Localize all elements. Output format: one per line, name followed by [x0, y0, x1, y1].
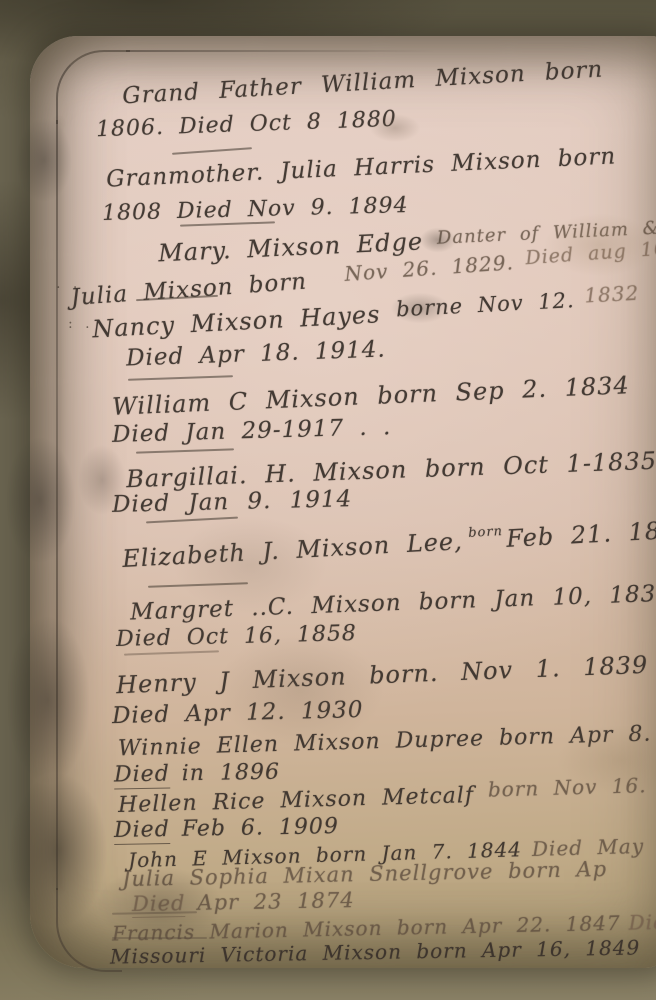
entry-text-faint: 1832: [584, 281, 640, 308]
register-entry-11-line-2: DiedFeb 6. 1909: [114, 814, 339, 843]
photograph-of-handwritten-register: Grand Father William Mixson born 1806. D…: [0, 0, 656, 1000]
entry-text: Feb 6. 1909: [182, 814, 340, 842]
entry-text-underlined: Died: [114, 817, 170, 845]
page-border-top-line: [126, 50, 436, 52]
ink-stroke: [112, 937, 207, 939]
entry-text-underlined: Died: [114, 761, 170, 789]
entry-text-faded: born Nov 16. 18: [488, 772, 656, 802]
register-entry-10-line-2: Diedin 1896: [114, 760, 280, 788]
entry-superscript: born: [468, 524, 503, 541]
entry-text: in 1896: [182, 760, 281, 787]
entry-text-faint: Died Jun: [628, 909, 656, 935]
ink-dots: . .: [56, 276, 81, 292]
page-border-left-line: [56, 120, 58, 890]
ink-dots: : .: [68, 316, 94, 332]
entry-text-faded: Apr 23 1874: [197, 888, 355, 915]
